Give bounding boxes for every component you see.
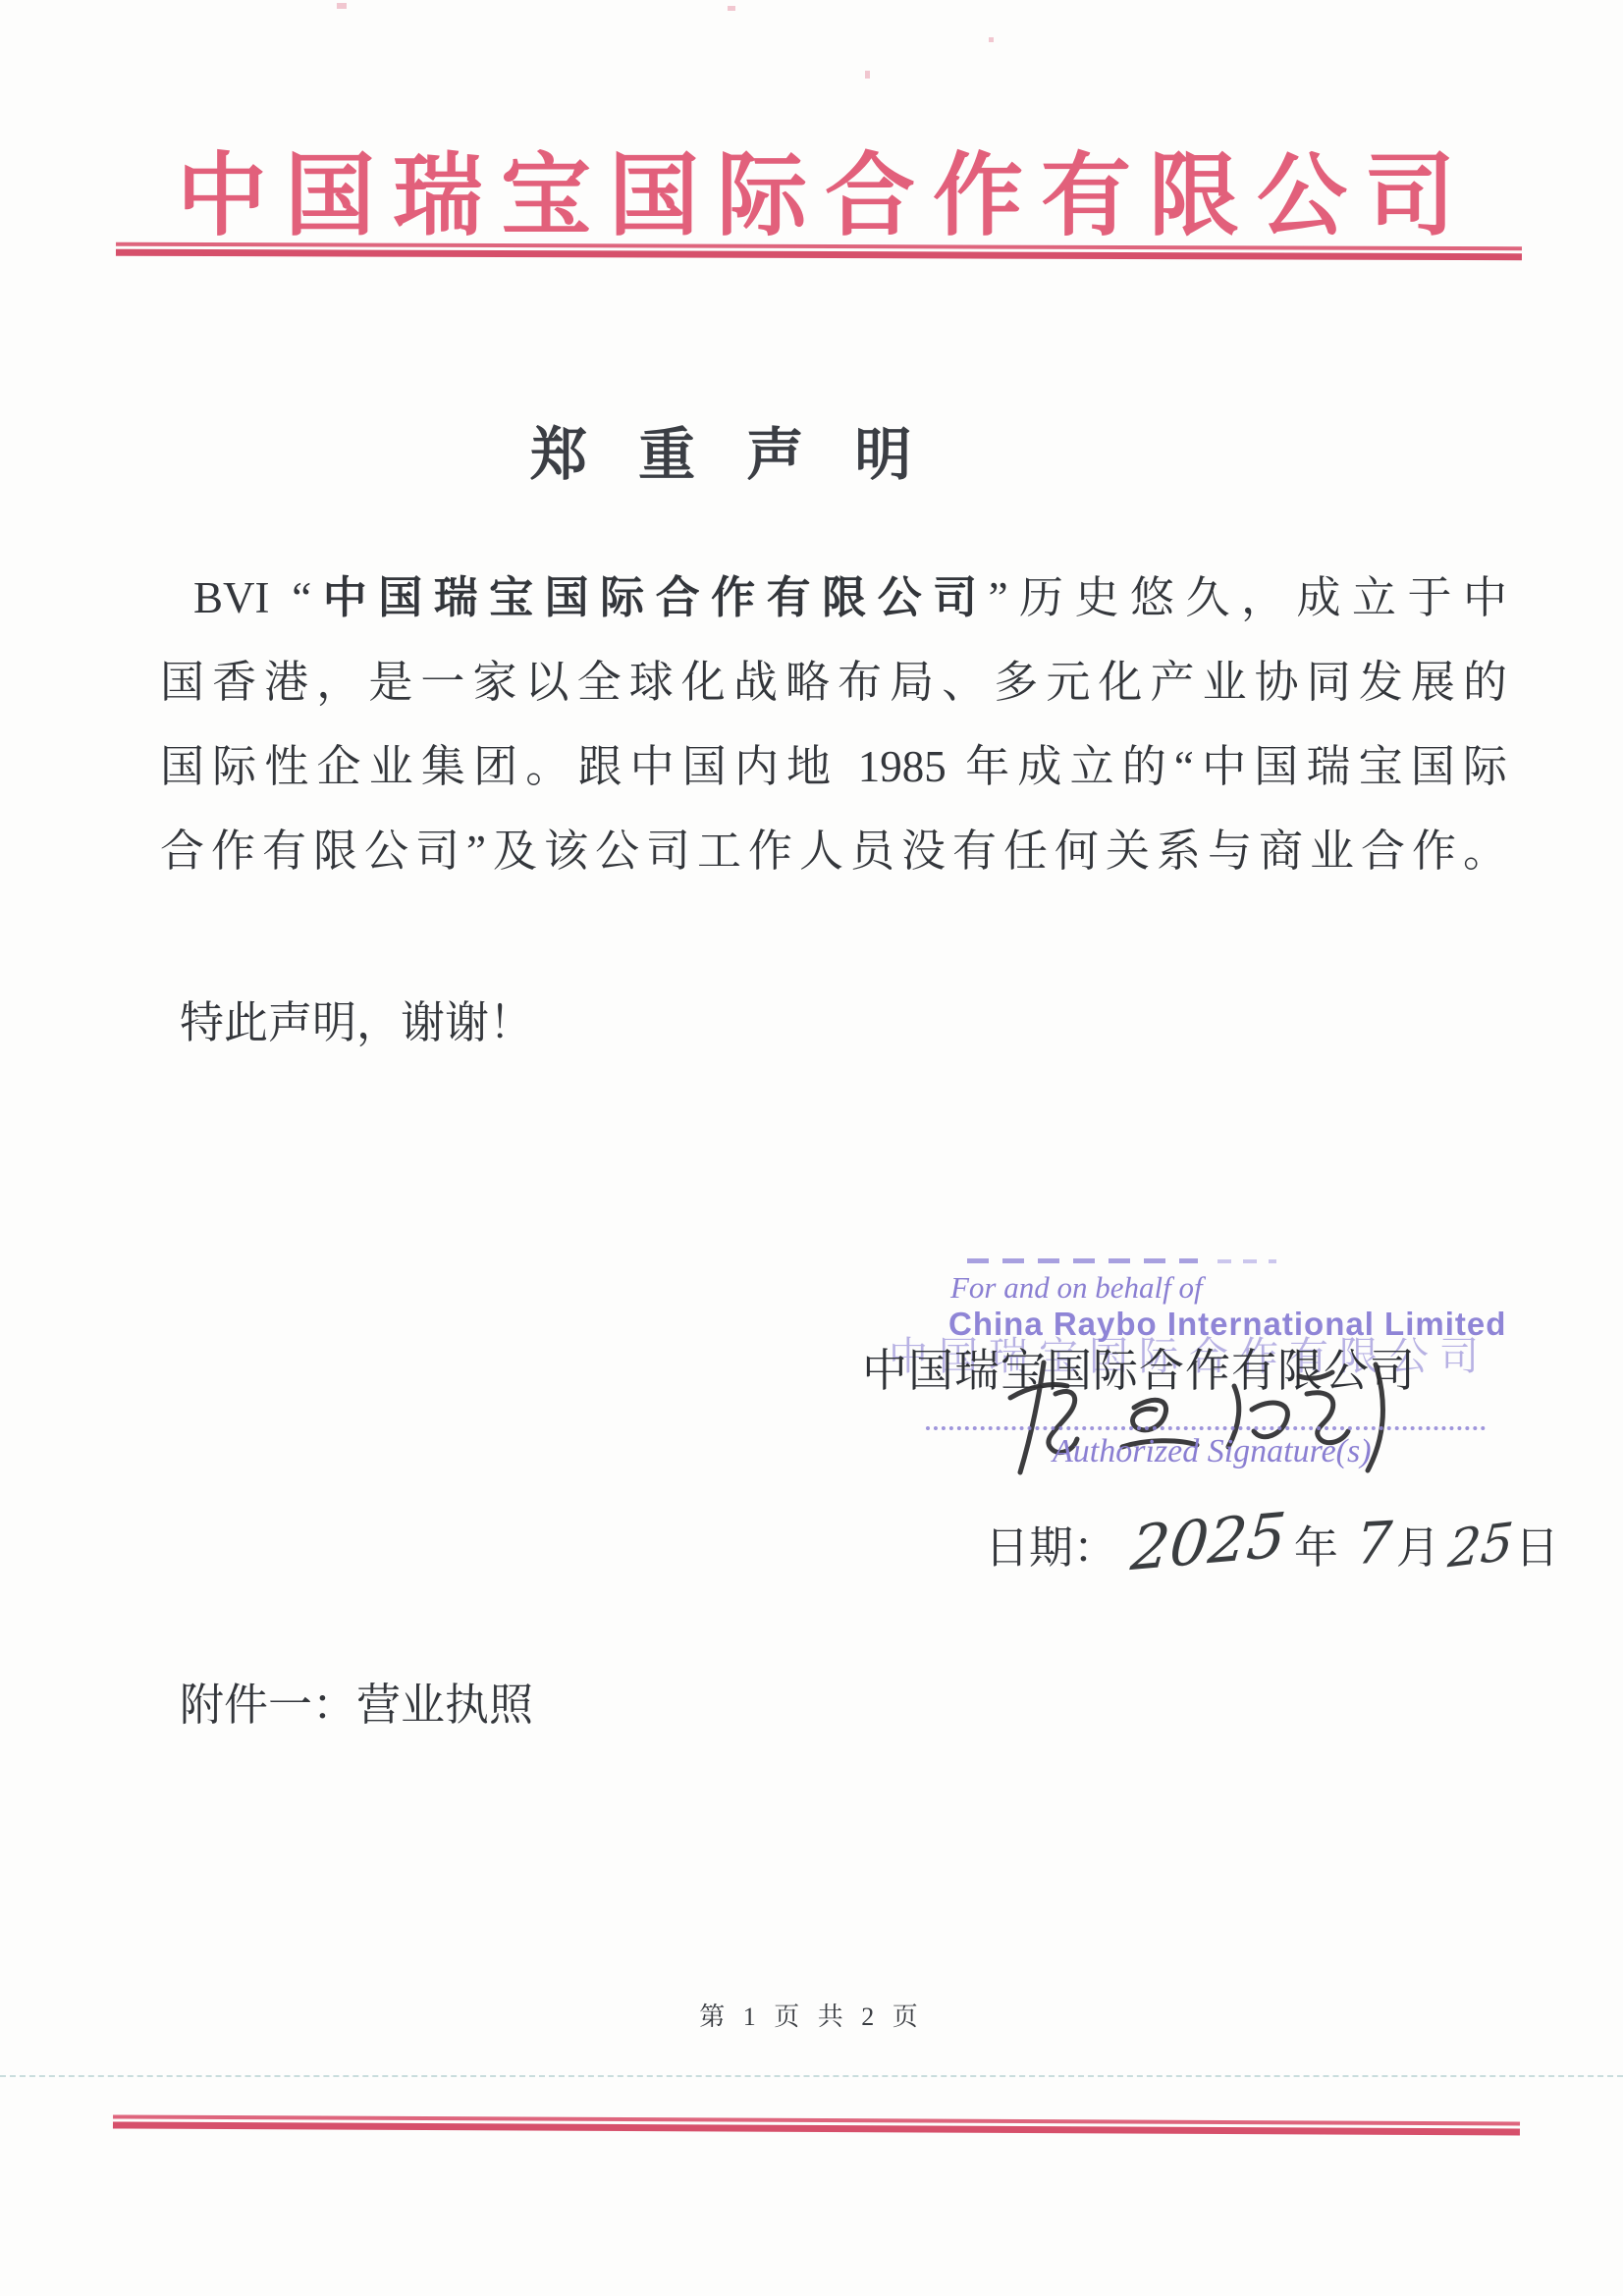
authorized-signature-label: Authorized Signature(s): [1053, 1433, 1372, 1470]
body-paragraph: BVI “中国瑞宝国际合作有限公司”历史悠久，成立于中 国香港，是一家以全球化战…: [160, 556, 1507, 893]
scan-speck: [865, 71, 870, 79]
body-line-3: 国际性企业集团。跟中国内地 1985 年成立的“中国瑞宝国际: [160, 724, 1507, 809]
month-unit: 月: [1396, 1512, 1440, 1575]
date-line: 日期： 2025 年 7 月 25 日: [985, 1506, 1559, 1577]
handwritten-month: 7: [1354, 1509, 1393, 1577]
scan-artifact-line: [0, 2075, 1623, 2077]
body-line-1-pre: BVI “: [193, 573, 311, 622]
body-line-2: 国香港，是一家以全球化战略布局、多元化产业协同发展的: [160, 640, 1507, 724]
scanned-document-page: 中国瑞宝国际合作有限公司 郑 重 声 明 BVI “中国瑞宝国际合作有限公司”历…: [0, 0, 1623, 2296]
closing-statement: 特此声明，谢谢！: [180, 987, 533, 1050]
document-title: 郑 重 声 明: [530, 408, 929, 491]
attachment-line: 附件一：营业执照: [180, 1669, 533, 1733]
scan-speck: [989, 37, 994, 42]
day-unit: 日: [1515, 1512, 1559, 1575]
letterhead-company-name: 中国瑞宝国际合作有限公司: [177, 124, 1502, 253]
year-unit: 年: [1294, 1512, 1338, 1575]
date-label: 日期：: [985, 1512, 1117, 1575]
stamp-for-and-on-behalf-text: For and on behalf of: [950, 1270, 1203, 1306]
stamp-dashed-line: [967, 1258, 1198, 1263]
signature-dotted-line: [926, 1426, 1486, 1430]
scan-speck: [337, 3, 347, 9]
stamp-dashed-line-fragment: [1217, 1259, 1276, 1263]
footer-divider-line: [113, 2114, 1520, 2135]
body-line-1-post: ”历史悠久，成立于中: [989, 573, 1507, 622]
page-number-footer: 第 1 页 共 2 页: [0, 1997, 1623, 2033]
handwritten-year: 2025: [1128, 1499, 1289, 1585]
body-line-4: 合作有限公司”及该公司工作人员没有任何关系与商业合作。: [160, 809, 1507, 893]
body-line-1: BVI “中国瑞宝国际合作有限公司”历史悠久，成立于中: [160, 556, 1507, 640]
company-name-bold: 中国瑞宝国际合作有限公司: [311, 573, 988, 622]
scan-speck: [728, 6, 735, 11]
handwritten-day: 25: [1445, 1512, 1515, 1579]
